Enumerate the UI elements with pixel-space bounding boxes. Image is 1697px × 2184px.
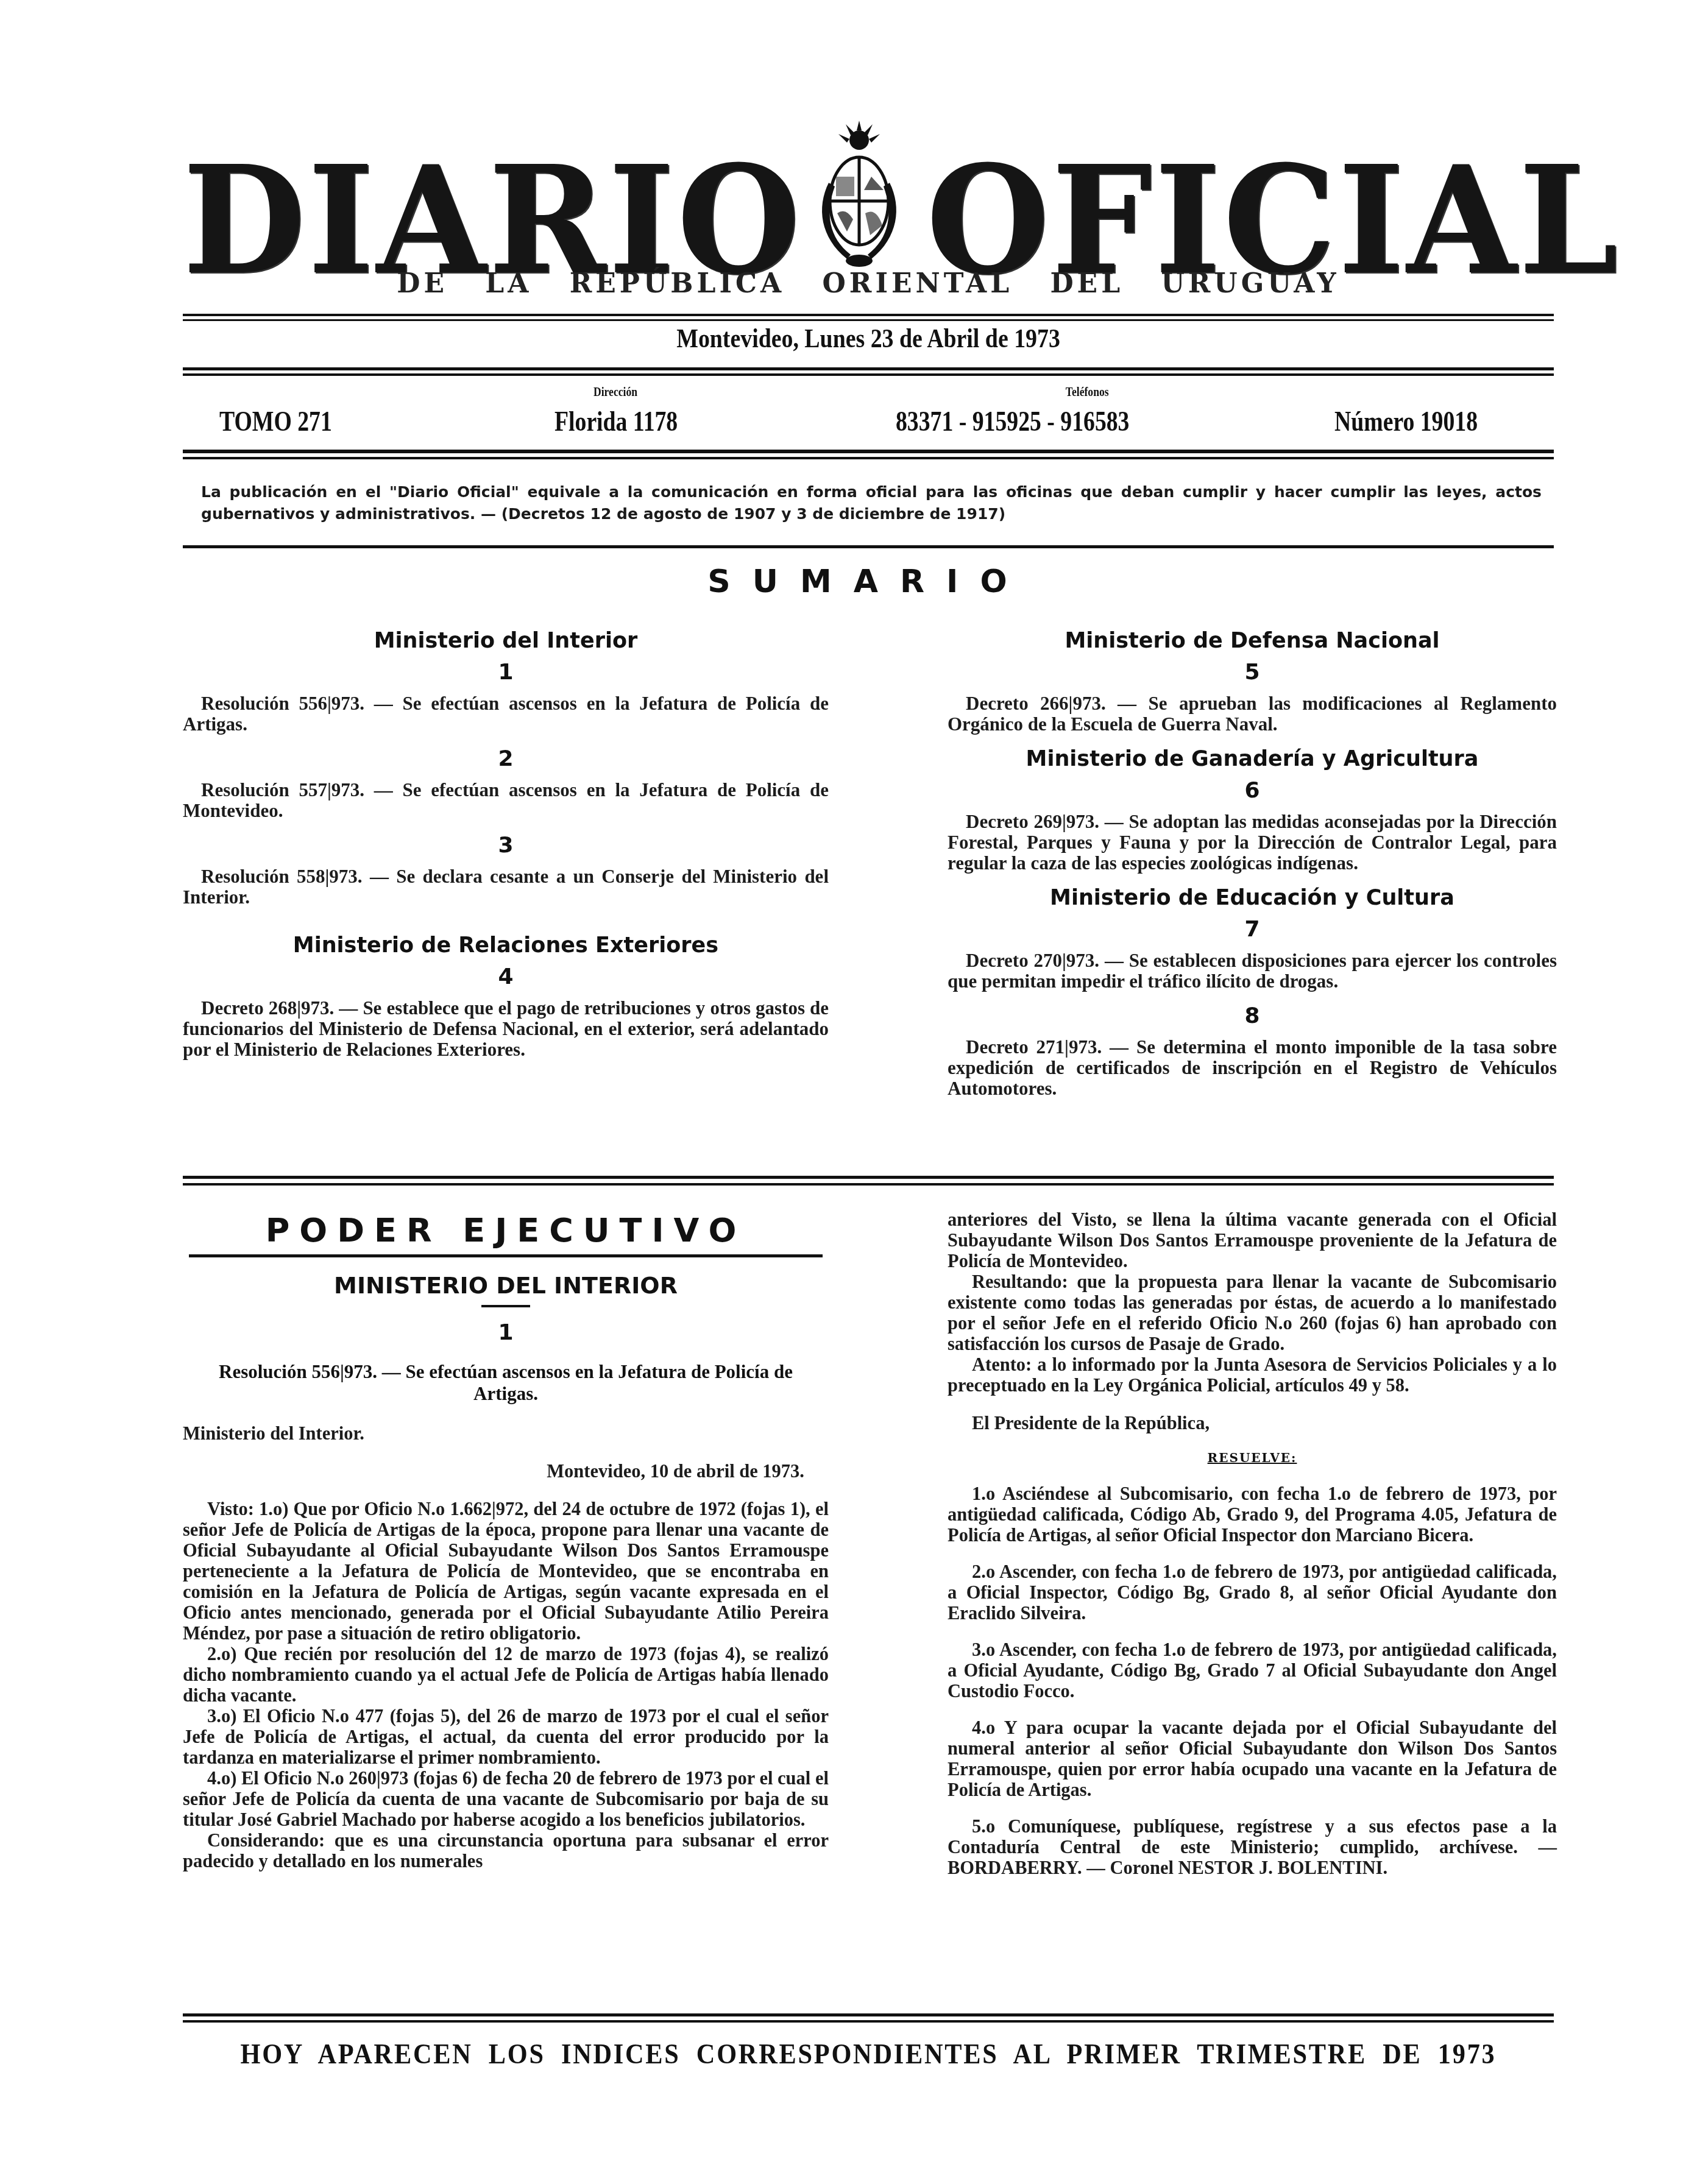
- divider: [183, 457, 1554, 459]
- numero: Número 19018: [1334, 405, 1478, 437]
- item-number: 7: [948, 916, 1557, 943]
- paragraph: 2.o) Que recién por resolución del 12 de…: [183, 1644, 829, 1706]
- item-number: 8: [948, 1003, 1557, 1030]
- telefonos: 83371 - 915925 - 916583: [896, 405, 1129, 437]
- resolution-date: Montevideo, 10 de abril de 1973.: [183, 1461, 804, 1482]
- coat-of-arms-icon: [798, 116, 920, 274]
- body-left-column: PODER EJECUTIVO MINISTERIO DEL INTERIOR …: [183, 1197, 829, 1871]
- resolution-title: Resolución 556|973. — Se efectúan ascens…: [195, 1361, 817, 1405]
- resolution-item: 3.o Ascender, con fecha 1.o de febrero d…: [948, 1639, 1557, 1702]
- item-number: 5: [948, 659, 1557, 686]
- telefonos-label: Teléfonos: [1066, 384, 1109, 400]
- summary-item: Resolución 557|973. — Se efectúan ascens…: [183, 780, 829, 821]
- legal-notice: La publicación en el "Diario Oficial" eq…: [201, 481, 1542, 525]
- resolution-item: 5.o Comuníquese, publíquese, regístrese …: [948, 1816, 1557, 1878]
- summary-item: Decreto 271|973. — Se determina el monto…: [948, 1037, 1557, 1099]
- divider: [183, 450, 1554, 453]
- section-heading: PODER EJECUTIVO: [183, 1209, 829, 1252]
- issue-date: Montevideo, Lunes 23 de Abril de 1973: [279, 323, 1458, 354]
- president-line: El Presidente de la República,: [948, 1413, 1557, 1433]
- resolution-item: 1.o Asciéndese al Subcomisario, con fech…: [948, 1483, 1557, 1546]
- ministry-heading: Ministerio de Relaciones Exteriores: [183, 932, 829, 959]
- issue-info-row: TOMO 271 Dirección Florida 1178 Teléfono…: [183, 381, 1554, 448]
- paragraph: Resultando: que la propuesta para llenar…: [948, 1271, 1557, 1354]
- ministry-heading: MINISTERIO DEL INTERIOR: [183, 1272, 829, 1299]
- sumario-left-column: Ministerio del Interior 1 Resolución 556…: [183, 627, 829, 1071]
- resolution-number: 2.o: [972, 1561, 995, 1582]
- resuelve-label: RESUELVE:: [948, 1451, 1557, 1465]
- item-number: 1: [183, 1320, 829, 1346]
- resolution-text: Ascender, con fecha 1.o de febrero de 19…: [948, 1639, 1557, 1702]
- summary-item: Resolución 558|973. — Se declara cesante…: [183, 866, 829, 908]
- item-number: 3: [183, 832, 829, 859]
- paragraph: Atento: a lo informado por la Junta Ases…: [948, 1354, 1557, 1396]
- divider: [183, 373, 1554, 376]
- resolution-number: 3.o: [972, 1639, 995, 1660]
- paragraph: 4.o) El Oficio N.o 260|973 (fojas 6) de …: [183, 1768, 829, 1830]
- issuer: Ministerio del Interior.: [183, 1423, 829, 1444]
- divider: [481, 1305, 530, 1307]
- resolution-number: 5.o: [972, 1816, 995, 1837]
- paragraph: anteriores del Visto, se llena la última…: [948, 1209, 1557, 1271]
- item-number: 6: [948, 777, 1557, 804]
- masthead-subtitle: DE LA REPÚBLICA ORIENTAL DEL URUGUAY: [183, 268, 1554, 299]
- resolution-text: Y para ocupar la vacante dejada por el O…: [948, 1717, 1557, 1800]
- resolution-text: Asciéndese al Subcomisario, con fecha 1.…: [948, 1483, 1557, 1546]
- divider: [183, 319, 1554, 321]
- divider: [183, 314, 1554, 316]
- masthead: DIARIO OFICIAL: [183, 104, 1554, 280]
- paragraph: Visto: 1.o) Que por Oficio N.o 1.662|972…: [183, 1499, 829, 1644]
- resolution-number: 4.o: [972, 1717, 995, 1738]
- ministry-heading: Ministerio de Ganadería y Agricultura: [948, 746, 1557, 772]
- item-number: 4: [183, 964, 829, 991]
- resolution-item: 2.o Ascender, con fecha 1.o de febrero d…: [948, 1561, 1557, 1624]
- summary-item: Decreto 269|973. — Se adoptan las medida…: [948, 811, 1557, 874]
- ministry-heading: Ministerio del Interior: [183, 627, 829, 654]
- item-number: 2: [183, 746, 829, 772]
- paragraph: Considerando: que es una circunstancia o…: [183, 1830, 829, 1871]
- summary-item: Decreto 266|973. — Se aprueban las modif…: [948, 693, 1557, 735]
- item-number: 1: [183, 659, 829, 686]
- divider: [183, 1183, 1554, 1186]
- divider: [183, 2013, 1554, 2016]
- divider: [189, 1254, 823, 1257]
- direccion-label: Dirección: [593, 384, 637, 400]
- resolution-number: 1.o: [972, 1483, 995, 1504]
- divider: [183, 2020, 1554, 2023]
- body-right-column: anteriores del Visto, se llena la última…: [948, 1209, 1557, 1894]
- paragraph: 3.o) El Oficio N.o 477 (fojas 5), del 26…: [183, 1706, 829, 1768]
- resolution-item: 4.o Y para ocupar la vacante dejada por …: [948, 1717, 1557, 1800]
- summary-item: Decreto 270|973. — Se establecen disposi…: [948, 950, 1557, 992]
- divider: [183, 1176, 1554, 1179]
- sumario-title: SUMARIO: [183, 564, 1554, 600]
- footer-banner: HOY APARECEN LOS INDICES CORRESPONDIENTE…: [238, 2038, 1499, 2070]
- ministry-heading: Ministerio de Educación y Cultura: [948, 885, 1557, 911]
- summary-item: Decreto 268|973. — Se establece que el p…: [183, 998, 829, 1060]
- resolution-text: Comuníquese, publíquese, regístrese y a …: [948, 1816, 1557, 1878]
- summary-item: Resolución 556|973. — Se efectúan ascens…: [183, 693, 829, 735]
- resolution-text: Ascender, con fecha 1.o de febrero de 19…: [948, 1561, 1557, 1624]
- ministry-heading: Ministerio de Defensa Nacional: [948, 627, 1557, 654]
- divider: [183, 545, 1554, 548]
- divider: [183, 367, 1554, 370]
- tomo: TOMO 271: [219, 405, 332, 437]
- direccion: Florida 1178: [554, 405, 678, 437]
- sumario-right-column: Ministerio de Defensa Nacional 5 Decreto…: [948, 627, 1557, 1110]
